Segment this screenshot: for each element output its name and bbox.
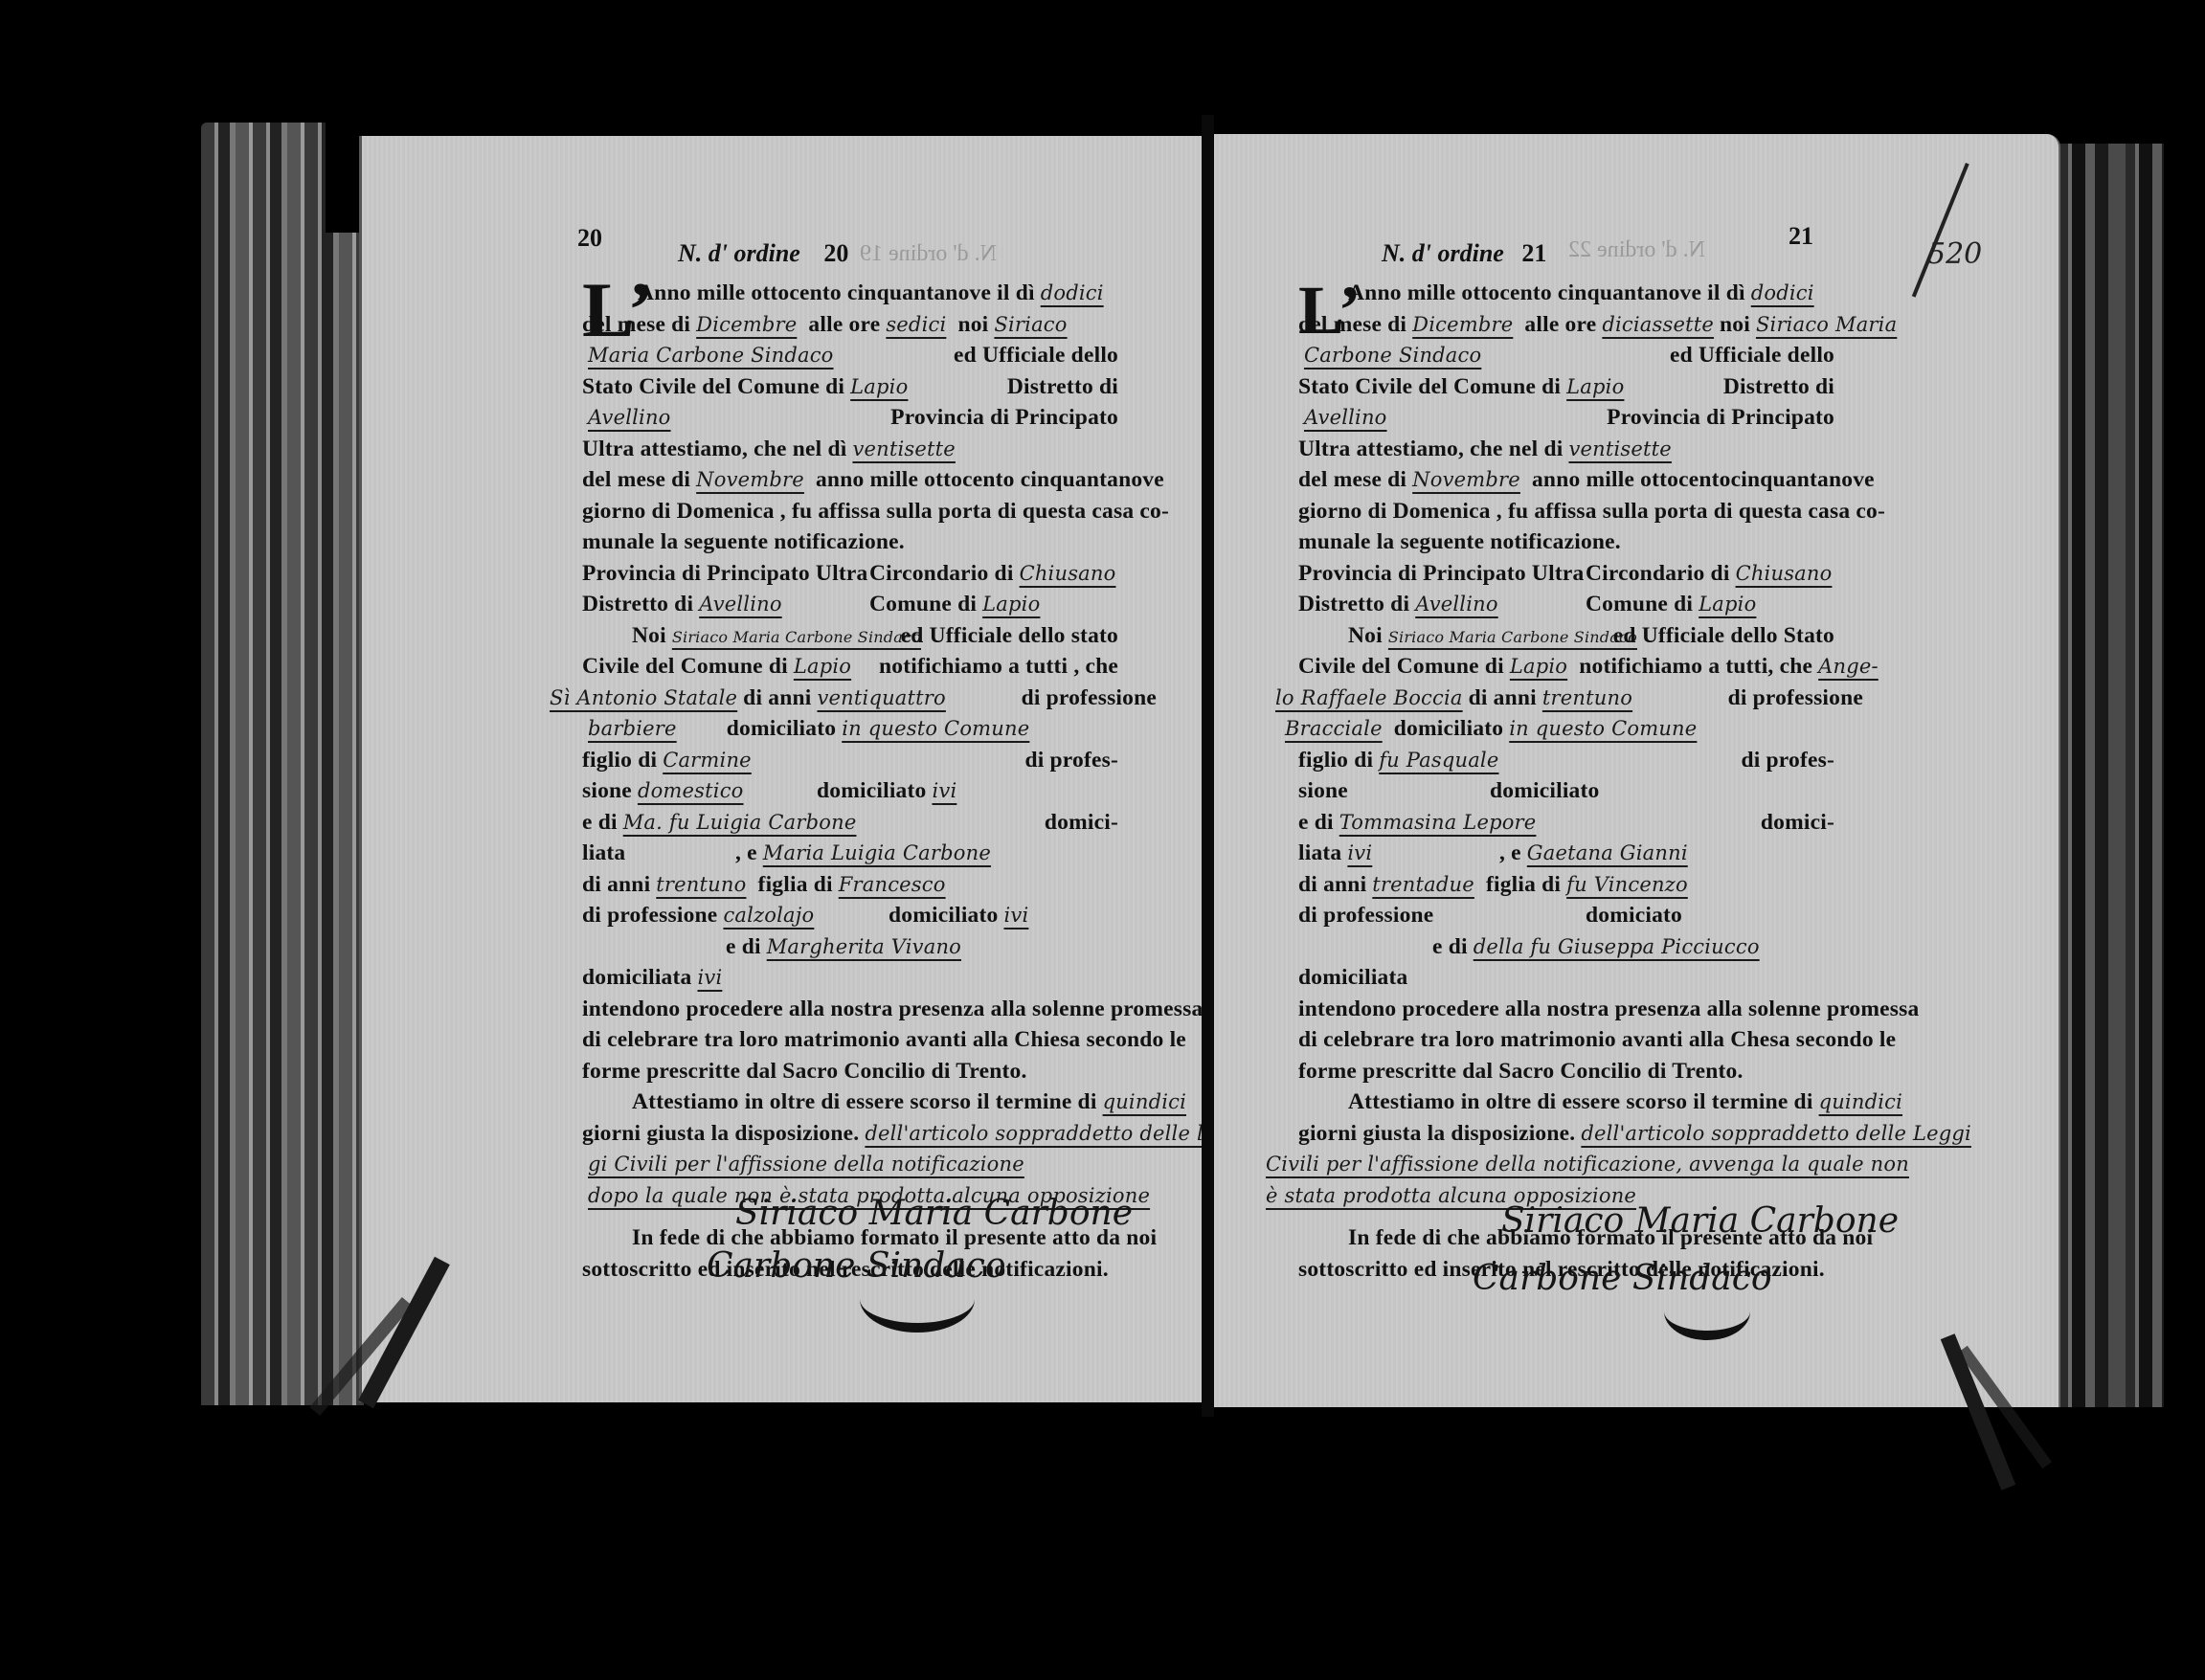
printed-text: figlia di (1486, 872, 1561, 897)
record-line: L’Anno mille ottocento cinquantanove il … (1298, 278, 1834, 309)
handwritten-entry: Dicembre (1406, 313, 1519, 336)
ordine-number: 20 (823, 239, 848, 267)
record-line: Attestiamo in oltre di essere scorso il … (1298, 1086, 1834, 1118)
printed-text: del mese di (582, 467, 690, 492)
printed-text: noi (1720, 312, 1750, 337)
record-line: munale la seguente notificazione. (1298, 526, 1834, 558)
bleed-through-text: N. d' ordine 19 (860, 241, 997, 267)
printed-text: , e (735, 840, 757, 865)
printed-text: e di (1432, 934, 1468, 959)
printed-text: e di (1298, 810, 1334, 835)
printed-text: noi (957, 312, 988, 337)
printed-text: Provincia di Principato (1607, 402, 1834, 434)
record-line: gi Civili per l'affissione della notific… (582, 1149, 1118, 1180)
printed-text: alle ore (1524, 312, 1596, 337)
printed-text: Distretto di (1298, 592, 1409, 616)
printed-text: domici- (1045, 807, 1118, 839)
record-line: figlio difu Pasqualedi profes- (1298, 745, 1834, 776)
record-line: NoiSiriaco Maria Carbone Sindacoed Uffic… (1298, 620, 1834, 652)
printed-text: notifichiamo a tutti, che (1579, 654, 1812, 679)
handwritten-entry: dell'articolo soppraddetto delle leg- (859, 1122, 1241, 1145)
handwritten-entry: Tommasina Lepore (1334, 811, 1542, 834)
printed-text: anno mille ottocentocinquantanove (1532, 467, 1875, 492)
printed-text: intendono procedere alla nostra presenza… (582, 997, 1203, 1021)
printed-text: Comune di (1586, 592, 1693, 616)
printed-text: sione (582, 778, 632, 803)
record-line: forme prescritte dal Sacro Concilio di T… (1298, 1056, 1834, 1087)
record-line: Distretto diAvellinoComune diLapio (582, 589, 1118, 620)
printed-text: giorni giusta la disposizione. (582, 1121, 859, 1146)
right-record-body: L’Anno mille ottocento cinquantanove il … (1298, 278, 1834, 1285)
printed-text: di anni (1469, 685, 1537, 710)
printed-text: domiciliato (817, 778, 926, 803)
handwritten-entry: Lapio (844, 375, 913, 398)
record-line: e diMa. fu Luigia Carbonedomici- (582, 807, 1118, 839)
handwritten-entry: Avellino (582, 406, 677, 429)
record-line: del mese diDicembre alle orediciassetten… (1298, 309, 1834, 341)
handwritten-entry: Gaetana Gianni (1521, 841, 1694, 864)
printed-text: di profes- (1024, 745, 1118, 776)
printed-text: anno mille ottocento cinquantanove (816, 467, 1164, 492)
handwritten-entry: ivi (998, 904, 1034, 927)
printed-text: Noi (632, 623, 666, 648)
printed-text: Anno mille ottocento cinquantanove il dì (1348, 280, 1745, 305)
record-line: Provincia di Principato UltraCircondario… (1298, 558, 1834, 590)
printed-text: di celebrare tra loro matrimonio avanti … (582, 1027, 1186, 1052)
printed-text: Circondario di (869, 561, 1014, 586)
handwritten-entry: fu Vincenzo (1561, 873, 1694, 896)
handwritten-entry: Civili per l'affissione della notificazi… (1260, 1153, 1915, 1176)
printed-text: Distretto di (1723, 371, 1834, 403)
handwritten-entry: Avellino (1298, 406, 1393, 429)
book-gutter (1202, 115, 1214, 1417)
handwritten-entry: Carbone Sindaco (1298, 344, 1487, 367)
handwritten-entry: in questo Comune (1503, 717, 1702, 740)
printed-text: forme prescritte dal Sacro Concilio di T… (582, 1059, 1027, 1084)
printed-text: figlia di (758, 872, 833, 897)
record-line: Civili per l'affissione della notificazi… (1260, 1149, 1834, 1180)
handwritten-entry: Chiusano (1730, 562, 1838, 585)
printed-text: ed Ufficiale dello (1670, 340, 1834, 371)
left-record-body: L’Anno mille ottocento cinquantanove il … (582, 278, 1118, 1285)
record-line: lo Raffaele Bocciadi annitrentunodi prof… (1270, 683, 1834, 714)
handwritten-entry: domestico (632, 779, 750, 802)
record-line: di celebrare tra loro matrimonio avanti … (1298, 1024, 1834, 1056)
signature-1: Siriaco Maria Carbone (735, 1194, 1133, 1233)
printed-text: forme prescritte dal Sacro Concilio di T… (1298, 1059, 1744, 1084)
handwritten-entry: Dicembre (690, 313, 802, 336)
record-line: barbiere domiciliatoin questo Comune (582, 713, 1118, 745)
record-line: e didella fu Giuseppa Picciucco (1298, 931, 1834, 963)
page-number: 21 (1789, 222, 1813, 251)
printed-text: di anni (582, 872, 650, 897)
handwritten-entry: dodici (1745, 281, 1820, 304)
record-line: Maria Carbone Sindacoed Ufficiale dello (582, 340, 1118, 371)
record-line: giorno di Domenica , fu affissa sulla po… (1298, 496, 1834, 527)
left-page-edges (201, 123, 364, 1405)
bleed-through-text: N. d' ordine 22 (1568, 237, 1705, 263)
handwritten-entry: diciassette (1596, 313, 1720, 336)
printed-text: Ultra attestiamo, che nel dì (582, 437, 846, 461)
printed-text: Distretto di (582, 592, 693, 616)
printed-text: Attestiamo in oltre di essere scorso il … (632, 1089, 1097, 1114)
handwritten-entry: Siriaco Maria (1750, 313, 1902, 336)
record-line: sionedomiciliato (1298, 775, 1834, 807)
signature-flourish (860, 1266, 975, 1333)
printed-text: Provincia di Principato Ultra (582, 561, 867, 586)
record-line: domiciliataivi (582, 962, 1118, 994)
handwritten-entry: ivi (691, 966, 728, 989)
record-line: Provincia di Principato UltraCircondario… (582, 558, 1118, 590)
printed-text: e di (726, 934, 761, 959)
printed-text: di professione (1022, 683, 1157, 714)
ordine-heading: N. d' ordine 21 (1382, 239, 1546, 268)
record-line: domiciliata (1298, 962, 1834, 994)
printed-text: ed Ufficiale dello (954, 340, 1118, 371)
handwritten-entry: Novembre (690, 468, 810, 491)
printed-text: e di (582, 810, 618, 835)
ordine-number: 21 (1521, 239, 1546, 267)
handwritten-entry: dodici (1035, 281, 1110, 304)
record-line: liataivi, eGaetana Gianni (1298, 838, 1834, 869)
record-line: liata, eMaria Luigia Carbone (582, 838, 1118, 869)
printed-text: , e (1499, 840, 1521, 865)
printed-text: giorno di Domenica , fu affissa sulla po… (1298, 499, 1885, 524)
printed-text: liata (1298, 840, 1341, 865)
printed-text: Distretto di (1007, 371, 1118, 403)
handwritten-entry: della fu Giuseppa Picciucco (1468, 935, 1766, 958)
record-line: giorni giusta la disposizione.dell'artic… (582, 1118, 1118, 1150)
record-line: Ultra attestiamo, che nel diventisette (1298, 434, 1834, 465)
printed-text: di professione (582, 903, 717, 928)
record-line: di annitrentuno figlia diFrancesco (582, 869, 1118, 901)
printed-text: sione (1298, 778, 1348, 803)
record-line: intendono procedere alla nostra presenza… (582, 994, 1118, 1025)
printed-text: Noi (1348, 623, 1383, 648)
record-line: Sì Antonio Stataledi anniventiquattrodi … (544, 683, 1118, 714)
record-line: Distretto diAvellinoComune diLapio (1298, 589, 1834, 620)
printed-text: figlio di (1298, 748, 1373, 773)
handwritten-entry: Maria Luigia Carbone (757, 841, 997, 864)
signature-1: Siriaco Maria Carbone (1501, 1201, 1899, 1241)
printed-text: Comune di (869, 592, 977, 616)
printed-text: Provincia di Principato Ultra (1298, 561, 1584, 586)
handwritten-entry: ivi (1341, 841, 1378, 864)
printed-text: di profes- (1741, 745, 1834, 776)
record-line: sionedomestico domiciliatoivi (582, 775, 1118, 807)
record-line: Carbone Sindacoed Ufficiale dello (1298, 340, 1834, 371)
record-line: Attestiamo in oltre di essere scorso il … (582, 1086, 1118, 1118)
record-line: del mese diNovembre anno mille ottocento… (1298, 464, 1834, 496)
printed-text: Attestiamo in oltre di essere scorso il … (1348, 1089, 1813, 1114)
handwritten-entry: Siriaco (988, 313, 1072, 336)
handwritten-entry: Novembre (1406, 468, 1526, 491)
printed-text: domiciliato (889, 903, 998, 928)
printed-text: domiciato (1586, 900, 1682, 931)
printed-text: del mese di (1298, 467, 1406, 492)
handwritten-entry: Ange- (1812, 655, 1884, 678)
record-line: AvellinoProvincia di Principato (1298, 402, 1834, 434)
printed-text: ed Ufficiale dello Stato (1613, 620, 1834, 652)
printed-text: munale la seguente notificazione. (1298, 529, 1621, 554)
record-line: figlio diCarminedi profes- (582, 745, 1118, 776)
printed-text: intendono procedere alla nostra presenza… (1298, 997, 1919, 1021)
handwritten-entry: sedici (880, 313, 952, 336)
printed-text: Comune diLapio (1586, 589, 1762, 620)
printed-text: domiciliata (1298, 965, 1407, 990)
record-line: forme prescritte dal Sacro Concilio di T… (582, 1056, 1118, 1087)
printed-text: di professione (1728, 683, 1863, 714)
handwritten-entry: in questo Comune (836, 717, 1035, 740)
handwritten-entry: Lapio (1561, 375, 1630, 398)
handwritten-entry: ventiquattro (811, 686, 951, 709)
handwritten-entry: trentuno (650, 873, 752, 896)
ordine-label: N. d' ordine (1382, 239, 1504, 267)
record-line: del mese diDicembre alle oresedici noiSi… (582, 309, 1118, 341)
record-line: giorno di Domenica , fu affissa sulla po… (582, 496, 1118, 527)
printed-text: domiciliatoivi (817, 775, 962, 807)
record-line: Stato Civile del Comune diLapioDistretto… (1298, 371, 1834, 403)
printed-text: ed Ufficiale dello stato (901, 620, 1118, 652)
handwritten-entry: Siriaco Maria Carbone Sindaco (1383, 628, 1643, 646)
printed-text: Stato Civile del Comune di (1298, 374, 1561, 399)
record-line: AvellinoProvincia di Principato (582, 402, 1118, 434)
record-line: di professionecalzolajo domiciliatoivi (582, 900, 1118, 931)
handwritten-entry: quindici (1097, 1090, 1192, 1113)
printed-text: di anni (743, 685, 811, 710)
printed-text: di anni (1298, 872, 1366, 897)
printed-text: domiciliato (1490, 775, 1599, 807)
handwritten-entry: Carmine (657, 749, 757, 772)
handwritten-entry: ventisette (846, 437, 960, 460)
record-line: Stato Civile del Comune diLapioDistretto… (582, 371, 1118, 403)
handwritten-entry: Lapio (977, 593, 1046, 616)
handwritten-entry: barbiere (582, 717, 683, 740)
handwritten-entry: Avellino (693, 593, 788, 616)
record-line: di celebrare tra loro matrimonio avanti … (582, 1024, 1118, 1056)
record-line: di professionedomiciato (1298, 900, 1834, 931)
right-page-edges (2059, 144, 2164, 1407)
record-line: e diTommasina Leporedomici- (1298, 807, 1834, 839)
handwritten-entry: fu Pasquale (1373, 749, 1504, 772)
printed-text: del mese di (1298, 312, 1406, 337)
printed-text: Anno mille ottocento cinquantanove il dì (638, 280, 1035, 305)
printed-text: figlio di (582, 748, 657, 773)
printed-text: domiciliato (1394, 716, 1503, 741)
handwritten-entry: Bracciale (1279, 717, 1388, 740)
printed-text: domiciliata (582, 965, 691, 990)
record-line: e diMargherita Vivano (582, 931, 1118, 963)
printed-text: giorni giusta la disposizione. (1298, 1121, 1575, 1146)
handwritten-entry: ventisette (1563, 437, 1676, 460)
handwritten-entry: Lapio (788, 655, 857, 678)
corner-annotation: 520 (1927, 237, 1982, 271)
printed-text: di professione (1298, 903, 1433, 928)
printed-text: domiciliatoivi (889, 900, 1034, 931)
handwritten-entry: trentuno (1537, 686, 1638, 709)
printed-text: giorno di Domenica , fu affissa sulla po… (582, 499, 1169, 524)
record-line: giorni giusta la disposizione.dell'artic… (1298, 1118, 1834, 1150)
handwritten-entry: lo Raffaele Boccia (1270, 686, 1469, 709)
handwritten-entry: Sì Antonio Statale (544, 686, 743, 709)
ordine-label: N. d' ordine (678, 239, 800, 267)
page-number: 20 (577, 224, 602, 253)
handwritten-entry: quindici (1813, 1090, 1908, 1113)
corner-pen-stroke (1912, 163, 1969, 298)
handwritten-entry: trentadue (1366, 873, 1480, 896)
handwritten-entry: Lapio (1504, 655, 1573, 678)
record-line: del mese diNovembre anno mille ottocento… (582, 464, 1118, 496)
handwritten-entry: ivi (926, 779, 962, 802)
left-page: 20 N. d' ordine 20 N. d' ordine 19 L’Ann… (359, 136, 1204, 1402)
record-line: Bracciale domiciliatoin questo Comune (1279, 713, 1834, 745)
printed-text: liata (582, 840, 625, 865)
printed-text: domici- (1761, 807, 1834, 839)
handwritten-entry: Siriaco Maria Carbone Sindaco (666, 628, 927, 646)
printed-text: Provincia di Principato (890, 402, 1118, 434)
handwritten-entry: Maria Carbone Sindaco (582, 344, 840, 367)
right-page: 21 N. d' ordine 21 N. d' ordine 22 520 L… (1214, 134, 2060, 1407)
record-line: intendono procedere alla nostra presenza… (1298, 994, 1834, 1025)
record-line: di annitrentadue figlia difu Vincenzo (1298, 869, 1834, 901)
record-line: L’Anno mille ottocento cinquantanove il … (582, 278, 1118, 309)
printed-text: , eGaetana Gianni (1499, 838, 1694, 869)
ordine-heading: N. d' ordine 20 (678, 239, 848, 268)
printed-text: Comune diLapio (869, 589, 1046, 620)
record-line: munale la seguente notificazione. (582, 526, 1118, 558)
handwritten-entry: Ma. fu Luigia Carbone (618, 811, 863, 834)
handwritten-entry: Francesco (833, 873, 952, 896)
handwritten-entry: Lapio (1693, 593, 1762, 616)
printed-text: munale la seguente notificazione. (582, 529, 905, 554)
printed-text: Civile del Comune di (1298, 654, 1504, 679)
record-line: Civile del Comune diLapionotifichiamo a … (582, 651, 1118, 683)
printed-text: Circondario diChiusano (1586, 558, 1837, 590)
record-line: NoiSiriaco Maria Carbone Sindacoed Uffic… (582, 620, 1118, 652)
handwritten-entry: Chiusano (1014, 562, 1122, 585)
printed-text: alle ore (808, 312, 880, 337)
printed-text: Circondario diChiusano (869, 558, 1121, 590)
handwritten-entry: gi Civili per l'affissione della notific… (582, 1153, 1030, 1176)
signature-flourish (1664, 1283, 1750, 1340)
handwritten-entry: Avellino (1409, 593, 1504, 616)
record-line: Civile del Comune diLapio notifichiamo a… (1298, 651, 1834, 683)
handwritten-entry: dell'articolo soppraddetto delle Leggi (1575, 1122, 1977, 1145)
printed-text: notifichiamo a tutti , che (879, 651, 1118, 683)
handwritten-entry: calzolajo (717, 904, 820, 927)
printed-text: domiciliato (727, 716, 836, 741)
printed-text: Circondario di (1586, 561, 1730, 586)
printed-text: di celebrare tra loro matrimonio avanti … (1298, 1027, 1896, 1052)
printed-text: Ultra attestiamo, che nel di (1298, 437, 1563, 461)
record-line: Ultra attestiamo, che nel dìventisette (582, 434, 1118, 465)
printed-text: Civile del Comune di (582, 654, 788, 679)
handwritten-entry: Margherita Vivano (761, 935, 967, 958)
printed-text: del mese di (582, 312, 690, 337)
printed-text: Stato Civile del Comune di (582, 374, 844, 399)
printed-text: , eMaria Luigia Carbone (735, 838, 997, 869)
